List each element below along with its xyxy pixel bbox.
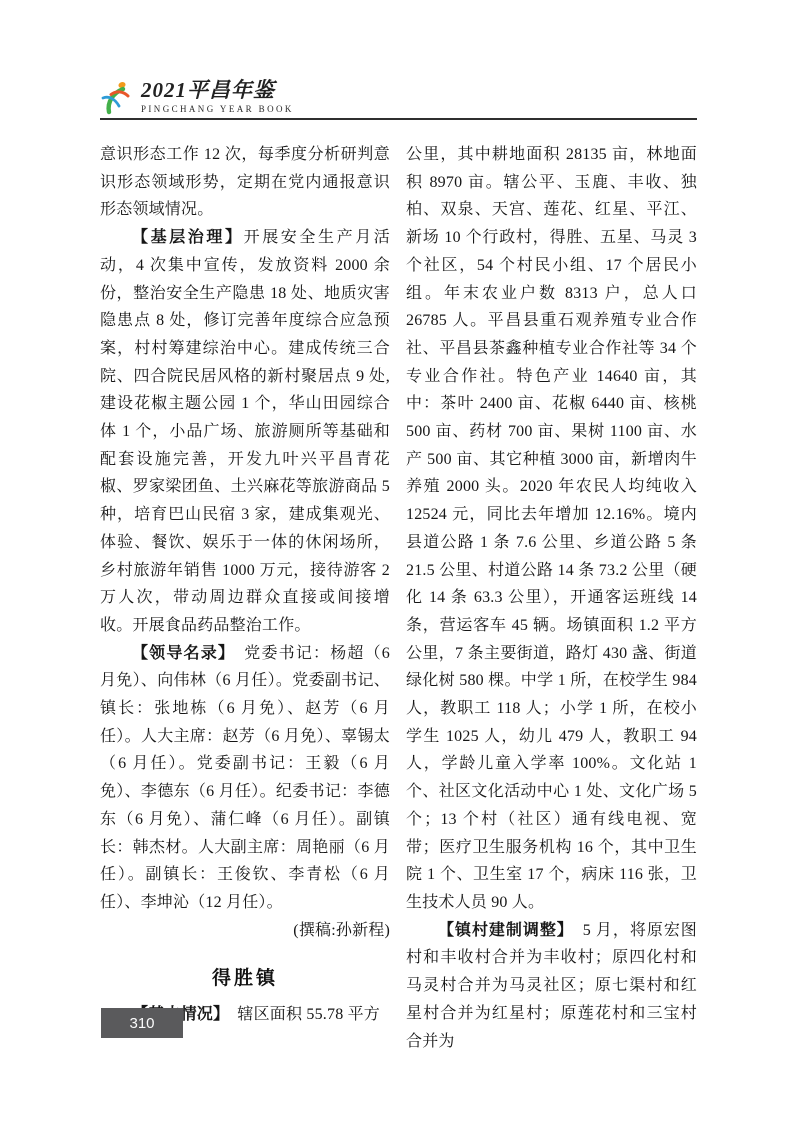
yearbook-title: 2021平昌年鉴 bbox=[141, 79, 294, 101]
yearbook-page: 2021平昌年鉴 PINGCHANG YEAR BOOK 意识形态工作 12 次… bbox=[0, 0, 793, 1122]
text-columns: 意识形态工作 12 次，每季度分析研判意识形态领域形势，定期在党内通报意识形态领… bbox=[100, 141, 697, 1055]
entry-text: 辖区面积 55.78 平方 bbox=[221, 1006, 380, 1023]
entry-text: 党委书记：杨超（6 月免）、向伟林（6 月任）。党委副书记、镇长：张地栋（6 月… bbox=[100, 645, 390, 911]
byline: (撰稿:孙新程) bbox=[100, 917, 390, 945]
paragraph-continuation: 公里，其中耕地面积 28135 亩，林地面积 8970 亩。辖公平、玉鹿、丰收、… bbox=[406, 141, 697, 917]
entry-label: 【领导名录】 bbox=[132, 645, 227, 662]
header-rule bbox=[100, 118, 697, 120]
entry-grassroots-governance: 【基层治理】开展安全生产月活动，4 次集中宣传，发放资料 2000 余份，整治安… bbox=[100, 224, 390, 640]
yearbook-subtitle: PINGCHANG YEAR BOOK bbox=[141, 104, 294, 114]
page-header: 2021平昌年鉴 PINGCHANG YEAR BOOK bbox=[98, 79, 294, 116]
yearbook-logo-icon bbox=[98, 79, 136, 116]
entry-village-restructuring: 【镇村建制调整】 5 月，将原宏图村和丰收村合并为丰收村；原四化村和马灵村合并为… bbox=[406, 917, 697, 1056]
entry-text: 开展安全生产月活动，4 次集中宣传，发放资料 2000 余份，整治安全生产隐患 … bbox=[100, 229, 390, 634]
entry-label: 【基层治理】 bbox=[132, 229, 244, 246]
page-number-badge: 310 bbox=[101, 1008, 183, 1038]
right-column: 公里，其中耕地面积 28135 亩，林地面积 8970 亩。辖公平、玉鹿、丰收、… bbox=[406, 141, 697, 1055]
paragraph-continuation: 意识形态工作 12 次，每季度分析研判意识形态领域形势，定期在党内通报意识形态领… bbox=[100, 141, 390, 224]
title-block: 2021平昌年鉴 PINGCHANG YEAR BOOK bbox=[141, 79, 294, 114]
left-column: 意识形态工作 12 次，每季度分析研判意识形态领域形势，定期在党内通报意识形态领… bbox=[100, 141, 390, 1055]
section-title-desheng-town: 得胜镇 bbox=[100, 965, 390, 993]
entry-label: 【镇村建制调整】 bbox=[438, 922, 566, 939]
entry-text: 5 月，将原宏图村和丰收村合并为丰收村；原四化村和马灵村合并为马灵社区；原七渠村… bbox=[406, 922, 697, 1050]
entry-leader-roster: 【领导名录】 党委书记：杨超（6 月免）、向伟林（6 月任）。党委副书记、镇长：… bbox=[100, 640, 390, 917]
